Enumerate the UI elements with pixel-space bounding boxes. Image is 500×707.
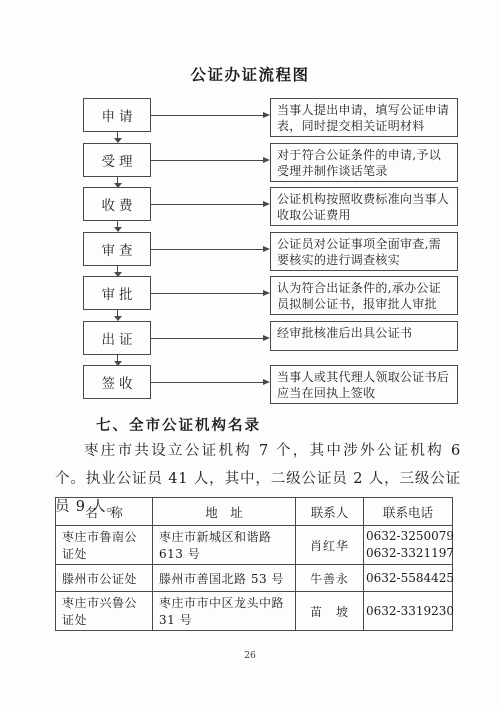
down-arrow-connector — [117, 310, 118, 316]
page-title: 公证办证流程图 — [0, 63, 500, 85]
flow-step-label: 签收 — [102, 372, 137, 392]
phone-number: 0632-3250079 — [366, 528, 450, 545]
office-contact: 肖红华 — [296, 526, 364, 565]
document-page: 公证办证流程图 申请 当事人提出申请，填写公证申请表，同时提交相关证明材料 受理… — [0, 0, 500, 707]
flow-step-description: 对于符合公证条件的申请,予以受理并制作谈话笔录 — [270, 143, 458, 182]
phone-number: 0632-5584425 — [366, 570, 450, 587]
table-row: 滕州市公证处 滕州市善国北路 53 号 牛善永 0632-5584425 — [56, 565, 453, 592]
flow-step-label: 审批 — [102, 283, 137, 303]
flow-row: 受理 对于符合公证条件的申请,予以受理并制作谈话笔录 — [0, 143, 500, 187]
flow-step-box: 受理 — [83, 143, 151, 177]
down-arrow-connector — [117, 221, 118, 227]
office-name: 枣庄市鲁南公证处 — [56, 526, 153, 565]
table-row: 枣庄市鲁南公证处 枣庄市新城区和谐路 613 号 肖红华 0632-325007… — [56, 526, 453, 565]
flow-step-box: 签收 — [83, 365, 151, 399]
right-arrow-connector — [151, 249, 263, 250]
flow-row: 申请 当事人提出申请，填写公证申请表，同时提交相关证明材料 — [0, 98, 500, 142]
flow-step-box: 审查 — [83, 232, 151, 266]
right-arrow-connector — [151, 115, 263, 116]
flow-row: 收费 公证机构按照收费标准向当事人收取公证费用 — [0, 187, 500, 231]
flow-step-box: 出证 — [83, 321, 151, 355]
office-address: 枣庄市市中区龙头中路 31 号 — [153, 592, 296, 631]
flow-step-box: 收费 — [83, 187, 151, 221]
table-row: 枣庄市兴鲁公证处 枣庄市市中区龙头中路 31 号 苗 坡 0632-331923… — [56, 592, 453, 631]
flow-step-label: 收费 — [102, 194, 137, 214]
right-arrow-connector — [151, 293, 263, 294]
office-address: 枣庄市新城区和谐路 613 号 — [153, 526, 296, 565]
flow-step-description: 经审批核准后出具公证书 — [270, 321, 458, 351]
flow-step-label: 审查 — [102, 239, 137, 259]
right-arrow-connector — [151, 204, 263, 205]
down-arrow-connector — [117, 355, 118, 361]
right-arrow-connector — [151, 382, 263, 383]
office-phone: 0632-3319230 — [364, 592, 453, 631]
header-phone: 联系电话 — [364, 498, 453, 526]
flow-step-description: 认为符合出证条件的,承办公证员拟制公证书，报审批人审批 — [270, 276, 458, 315]
notary-offices-table: 名 称 地 址 联系人 联系电话 枣庄市鲁南公证处 枣庄市新城区和谐路 613 … — [55, 497, 453, 631]
header-contact: 联系人 — [296, 498, 364, 526]
office-phone: 0632-5584425 — [364, 565, 453, 592]
flow-step-description: 当事人或其代理人领取公证书后应当在回执上签收 — [270, 365, 458, 404]
flow-step-box: 审批 — [83, 276, 151, 310]
section-heading: 七、全市公证机构名录 — [96, 414, 261, 435]
flow-row: 出证 经审批核准后出具公证书 — [0, 321, 500, 365]
flow-step-description: 公证机构按照收费标准向当事人收取公证费用 — [270, 187, 458, 226]
down-arrow-connector — [117, 177, 118, 183]
table-header-row: 名 称 地 址 联系人 联系电话 — [56, 498, 453, 526]
flow-step-label: 出证 — [102, 328, 137, 348]
down-arrow-connector — [117, 266, 118, 272]
header-name: 名 称 — [56, 498, 153, 526]
down-arrow-connector — [117, 132, 118, 138]
office-name: 枣庄市兴鲁公证处 — [56, 592, 153, 631]
flowchart: 申请 当事人提出申请，填写公证申请表，同时提交相关证明材料 受理 对于符合公证条… — [0, 98, 500, 410]
flow-step-box: 申请 — [83, 98, 151, 132]
office-name: 滕州市公证处 — [56, 565, 153, 592]
phone-number: 0632-3319230 — [366, 603, 450, 620]
flow-step-label: 申请 — [102, 105, 137, 125]
flow-step-description: 当事人提出申请，填写公证申请表，同时提交相关证明材料 — [270, 98, 458, 137]
office-contact: 牛善永 — [296, 565, 364, 592]
flow-step-description: 公证员对公证事项全面审查,需要核实的进行调查核实 — [270, 232, 458, 271]
right-arrow-connector — [151, 338, 263, 339]
right-arrow-connector — [151, 160, 263, 161]
flow-row: 审批 认为符合出证条件的,承办公证员拟制公证书，报审批人审批 — [0, 276, 500, 320]
header-address: 地 址 — [153, 498, 296, 526]
flow-step-label: 受理 — [102, 150, 137, 170]
office-address: 滕州市善国北路 53 号 — [153, 565, 296, 592]
office-phone: 0632-3250079 0632-3321197 — [364, 526, 453, 565]
flow-row: 签收 当事人或其代理人领取公证书后应当在回执上签收 — [0, 365, 500, 409]
phone-number: 0632-3321197 — [366, 545, 450, 562]
flow-row: 审查 公证员对公证事项全面审查,需要核实的进行调查核实 — [0, 232, 500, 276]
page-number: 26 — [0, 651, 500, 661]
office-contact: 苗 坡 — [296, 592, 364, 631]
